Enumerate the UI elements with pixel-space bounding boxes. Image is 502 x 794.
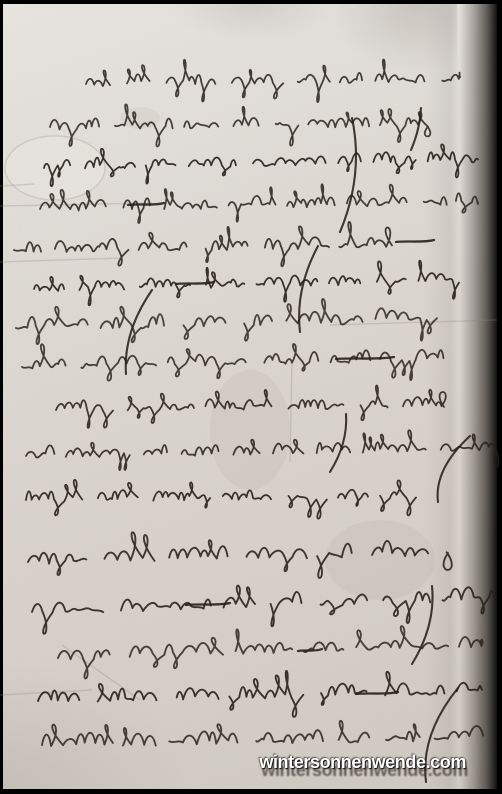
paper-sheet bbox=[3, 4, 497, 789]
corner-smudge bbox=[327, 4, 457, 74]
top-smudge bbox=[173, 4, 333, 40]
letter-scan-page: wintersonnenwende.com wintersonnenwende.… bbox=[0, 0, 502, 794]
page-edge-shadow bbox=[425, 4, 497, 789]
corner-vignette bbox=[3, 669, 183, 789]
